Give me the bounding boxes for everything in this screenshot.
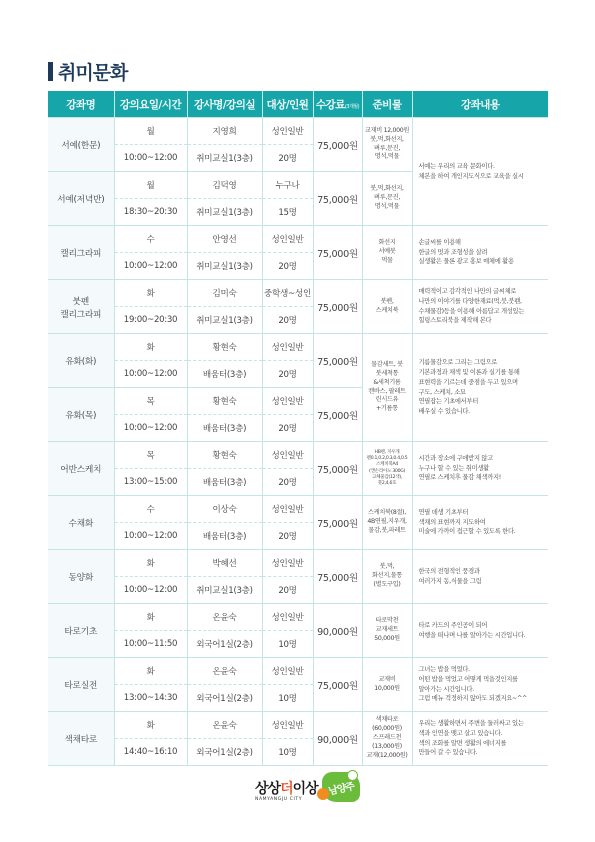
description-cell: 기름물감으로 그리는 그림으로기본과정과 채색 및 이론과 실기를 통해표현력을… bbox=[412, 334, 548, 442]
header-target: 대상/인원 bbox=[262, 91, 313, 118]
slogan: 상상더이상 NAMYANGJU CITY bbox=[255, 782, 318, 802]
course-name: 어반스케치 bbox=[48, 442, 114, 496]
course-time: 10:00~12:00 bbox=[114, 577, 187, 604]
page-title-text: 취미문화 bbox=[58, 58, 127, 85]
table-row: 어반스케치 목 황현숙 성인일반 75,000원 HB펜, 지우개펜0.1,0.… bbox=[48, 442, 548, 469]
materials-cell: 타로막천교재세트50,000원 bbox=[362, 604, 412, 658]
table-row: 색채타로 화 온윤숙 성인일반 90,000원 색채타로(60,000원)스프레… bbox=[48, 712, 548, 739]
course-fee: 90,000원 bbox=[313, 712, 362, 766]
course-name: 붓펜캘리그라피 bbox=[48, 280, 114, 334]
classroom: 배움터(3층) bbox=[187, 469, 262, 496]
course-name: 유화(화) bbox=[48, 334, 114, 388]
materials-cell: HB펜, 지우개펜0.1,0.2,0.3,0.4,0.5스케치북A4(캔손리아노… bbox=[362, 442, 412, 496]
instructor-name: 김덕영 bbox=[187, 172, 262, 199]
course-fee: 75,000원 bbox=[313, 442, 362, 496]
namyangju-badge-icon: 남양주 bbox=[322, 772, 360, 802]
course-fee: 75,000원 bbox=[313, 658, 362, 712]
target-group: 성인일반 bbox=[262, 388, 313, 415]
header-description: 강좌내용 bbox=[412, 91, 548, 118]
materials-cell: 붓펜,스케치북 bbox=[362, 280, 412, 334]
course-time: 10:00~12:00 bbox=[114, 523, 187, 550]
header-instructor: 강사명/강의실 bbox=[187, 91, 262, 118]
instructor-name: 온윤숙 bbox=[187, 712, 262, 739]
page-title: 취미문화 bbox=[48, 58, 127, 85]
classroom: 배움터(3층) bbox=[187, 415, 262, 442]
instructor-name: 온윤숙 bbox=[187, 658, 262, 685]
table-header-row: 강좌명 강의요일/시간 강사명/강의실 대상/인원 수강료(3개월) 준비물 강… bbox=[48, 91, 548, 118]
title-accent-bar bbox=[48, 62, 53, 81]
instructor-name: 온윤숙 bbox=[187, 604, 262, 631]
materials-cell: 교재비10,000원 bbox=[362, 658, 412, 712]
description-cell: 시간과 장소에 구애받지 않고누구나 할 수 있는 취미생활연필로 스케치후 물… bbox=[412, 442, 548, 496]
course-name: 타로실전 bbox=[48, 658, 114, 712]
course-day: 화 bbox=[114, 550, 187, 577]
course-time: 18:30~20:30 bbox=[114, 199, 187, 226]
materials-cell: 붓,먹,화선지,물통(별도구입) bbox=[362, 550, 412, 604]
capacity: 20명 bbox=[262, 415, 313, 442]
materials-cell: 붓,먹,화선지,벼루,문진,명석,먹물 bbox=[362, 172, 412, 226]
course-time: 19:00~20:30 bbox=[114, 307, 187, 334]
course-name: 서예(한문) bbox=[48, 118, 114, 172]
orange-dot bbox=[317, 788, 329, 800]
capacity: 15명 bbox=[262, 199, 313, 226]
instructor-name: 황현숙 bbox=[187, 334, 262, 361]
table-row: 붓펜캘리그라피 화 김미숙 중학생~성인 75,000원 붓펜,스케치북매력적이… bbox=[48, 280, 548, 307]
materials-cell: 물감세트, 붓붓세척통&세척기름캔바스, 팔레트린시드유+기름통 bbox=[362, 334, 412, 442]
capacity: 10명 bbox=[262, 739, 313, 766]
course-name: 유화(목) bbox=[48, 388, 114, 442]
table-row: 타로기초 화 온윤숙 성인일반 90,000원 타로막천교재세트50,000원타… bbox=[48, 604, 548, 631]
description-cell: 서예는 우리의 교육 문화이다.체본을 하여 개인지도식으로 교육을 실시 bbox=[412, 118, 548, 226]
instructor-name: 지영희 bbox=[187, 118, 262, 145]
classroom: 취미교실1(3층) bbox=[187, 253, 262, 280]
classroom: 취미교실1(3층) bbox=[187, 145, 262, 172]
instructor-name: 황현숙 bbox=[187, 388, 262, 415]
classroom: 취미교실1(3층) bbox=[187, 199, 262, 226]
target-group: 성인일반 bbox=[262, 334, 313, 361]
target-group: 성인일반 bbox=[262, 496, 313, 523]
course-name: 색채타로 bbox=[48, 712, 114, 766]
course-day: 화 bbox=[114, 604, 187, 631]
course-day: 월 bbox=[114, 118, 187, 145]
slogan-subtitle: NAMYANGJU CITY bbox=[255, 797, 318, 802]
course-fee: 75,000원 bbox=[313, 118, 362, 172]
course-time: 14:40~16:10 bbox=[114, 739, 187, 766]
table-row: 캘리그라피 수 안영선 성인일반 75,000원 화선지서예붓먹물손글씨를 이용… bbox=[48, 226, 548, 253]
description-cell: 타로 카드의 주인공이 되어여행을 떠나며 나를 알아가는 시간입니다. bbox=[412, 604, 548, 658]
header-name: 강좌명 bbox=[48, 91, 114, 118]
classroom: 외국어1실(2층) bbox=[187, 739, 262, 766]
classroom: 배움터(3층) bbox=[187, 523, 262, 550]
course-day: 화 bbox=[114, 712, 187, 739]
description-cell: 연필 데생 기초부터색채의 표현까지 지도하여미술에 가까이 접근할 수 있도록… bbox=[412, 496, 548, 550]
classroom: 외국어1실(2층) bbox=[187, 631, 262, 658]
classroom: 취미교실1(3층) bbox=[187, 307, 262, 334]
materials-cell: 색채타로(60,000원)스프레드천(13,000원)교재(12,000원) bbox=[362, 712, 412, 766]
course-time: 10:00~12:00 bbox=[114, 145, 187, 172]
capacity: 10명 bbox=[262, 685, 313, 712]
description-cell: 우리는 생활하면서 주변을 둘러싸고 있는색과 인연을 맺고 살고 있습니다.색… bbox=[412, 712, 548, 766]
capacity: 20명 bbox=[262, 145, 313, 172]
materials-cell: 스케치북(8절),4B연필,지우개,물감,붓,파레트 bbox=[362, 496, 412, 550]
course-fee: 75,000원 bbox=[313, 334, 362, 388]
instructor-name: 황현숙 bbox=[187, 442, 262, 469]
table-row: 수채화 수 이상숙 성인일반 75,000원 스케치북(8절),4B연필,지우개… bbox=[48, 496, 548, 523]
course-fee: 75,000원 bbox=[313, 172, 362, 226]
header-materials: 준비물 bbox=[362, 91, 412, 118]
instructor-name: 박혜선 bbox=[187, 550, 262, 577]
classroom: 취미교실1(3층) bbox=[187, 577, 262, 604]
description-cell: 손글씨를 이용해한글의 멋과 조형성을 살려실생활은 물론 광고 홍보 매체에 … bbox=[412, 226, 548, 280]
target-group: 성인일반 bbox=[262, 658, 313, 685]
table-row: 서예(한문) 월 지영희 성인일반 75,000원 교재비 12,000원붓,먹… bbox=[48, 118, 548, 145]
course-fee: 75,000원 bbox=[313, 388, 362, 442]
course-name: 타로기초 bbox=[48, 604, 114, 658]
capacity: 20명 bbox=[262, 361, 313, 388]
table-row: 타로실전 화 온윤숙 성인일반 75,000원 교재비10,000원그녀는 밥을… bbox=[48, 658, 548, 685]
course-fee: 75,000원 bbox=[313, 226, 362, 280]
target-group: 중학생~성인 bbox=[262, 280, 313, 307]
target-group: 성인일반 bbox=[262, 712, 313, 739]
capacity: 20명 bbox=[262, 253, 313, 280]
course-day: 목 bbox=[114, 442, 187, 469]
course-time: 10:00~12:00 bbox=[114, 253, 187, 280]
course-name: 수채화 bbox=[48, 496, 114, 550]
capacity: 20명 bbox=[262, 523, 313, 550]
description-cell: 한국의 전형적인 풍경과여러가지 동,식물을 그림 bbox=[412, 550, 548, 604]
city-logo: 상상더이상 NAMYANGJU CITY 남양주 bbox=[255, 772, 360, 802]
capacity: 20명 bbox=[262, 469, 313, 496]
instructor-name: 안영선 bbox=[187, 226, 262, 253]
classroom: 배움터(3층) bbox=[187, 361, 262, 388]
target-group: 성인일반 bbox=[262, 226, 313, 253]
table-body: 서예(한문) 월 지영희 성인일반 75,000원 교재비 12,000원붓,먹… bbox=[48, 118, 548, 766]
target-group: 성인일반 bbox=[262, 550, 313, 577]
table-row: 유화(화) 화 황현숙 성인일반 75,000원 물감세트, 붓붓세척통&세척기… bbox=[48, 334, 548, 361]
course-day: 화 bbox=[114, 658, 187, 685]
course-fee: 90,000원 bbox=[313, 604, 362, 658]
capacity: 10명 bbox=[262, 631, 313, 658]
course-fee: 75,000원 bbox=[313, 280, 362, 334]
course-table: 강좌명 강의요일/시간 강사명/강의실 대상/인원 수강료(3개월) 준비물 강… bbox=[48, 91, 548, 766]
course-day: 월 bbox=[114, 172, 187, 199]
course-fee: 75,000원 bbox=[313, 496, 362, 550]
instructor-name: 김미숙 bbox=[187, 280, 262, 307]
slogan-text: 상상더이상 bbox=[255, 782, 318, 796]
course-time: 10:00~11:50 bbox=[114, 631, 187, 658]
materials-cell: 교재비 12,000원붓,먹,화선지,벼루,문진,명석,먹물 bbox=[362, 118, 412, 172]
course-name: 캘리그라피 bbox=[48, 226, 114, 280]
instructor-name: 이상숙 bbox=[187, 496, 262, 523]
course-day: 목 bbox=[114, 388, 187, 415]
course-time: 13:00~15:00 bbox=[114, 469, 187, 496]
course-name: 동양화 bbox=[48, 550, 114, 604]
target-group: 성인일반 bbox=[262, 604, 313, 631]
description-cell: 그녀는 밥을 먹었다.어떤 밥을 먹었고 어떻게 먹을것인지를알아가는 시간입니… bbox=[412, 658, 548, 712]
course-day: 수 bbox=[114, 496, 187, 523]
table-row: 동양화 화 박혜선 성인일반 75,000원 붓,먹,화선지,물통(별도구입)한… bbox=[48, 550, 548, 577]
course-day: 수 bbox=[114, 226, 187, 253]
description-cell: 매력적이고 감각적인 나만의 글씨체로나만의 이야기를 다양한재료(먹,붓,붓펜… bbox=[412, 280, 548, 334]
header-fee: 수강료(3개월) bbox=[313, 91, 362, 118]
capacity: 20명 bbox=[262, 307, 313, 334]
materials-cell: 화선지서예붓먹물 bbox=[362, 226, 412, 280]
target-group: 성인일반 bbox=[262, 442, 313, 469]
course-name: 서예(저녁반) bbox=[48, 172, 114, 226]
capacity: 20명 bbox=[262, 577, 313, 604]
course-time: 10:00~12:00 bbox=[114, 361, 187, 388]
target-group: 누구나 bbox=[262, 172, 313, 199]
course-day: 화 bbox=[114, 280, 187, 307]
target-group: 성인일반 bbox=[262, 118, 313, 145]
header-schedule: 강의요일/시간 bbox=[114, 91, 187, 118]
course-time: 10:00~12:00 bbox=[114, 415, 187, 442]
classroom: 외국어1실(2층) bbox=[187, 685, 262, 712]
course-day: 화 bbox=[114, 334, 187, 361]
course-time: 13:00~14:30 bbox=[114, 685, 187, 712]
course-fee: 75,000원 bbox=[313, 550, 362, 604]
